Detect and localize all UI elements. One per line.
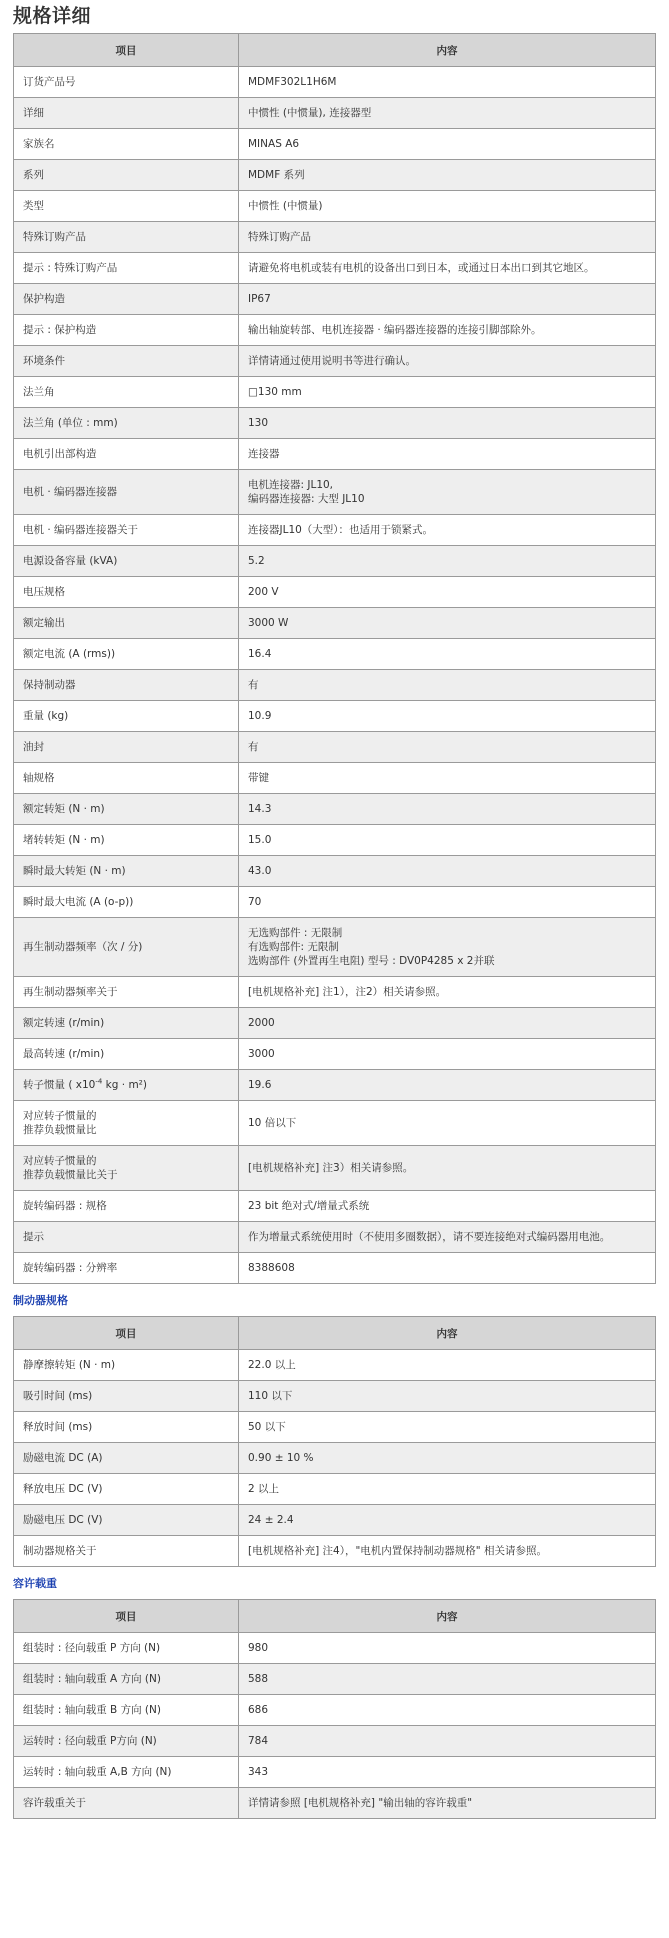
spec-table-body: 订货产品号MDMF302L1H6M详细中惯性 (中惯量), 连接器型家族名MIN… [14, 67, 656, 1284]
row-content-value: 请避免将电机或装有电机的设备出口到日本，或通过日本出口到其它地区。 [239, 253, 656, 284]
table-row: 再生制动器频率关于[电机规格补充] 注1），注2）相关请参照。 [14, 977, 656, 1008]
table-row: 组装时 : 轴向载重 A 方向 (N)588 [14, 1664, 656, 1695]
row-content-value: [电机规格补充] 注1），注2）相关请参照。 [239, 977, 656, 1008]
row-content-value: 200 V [239, 577, 656, 608]
table-row: 静摩擦转矩 (N · m)22.0 以上 [14, 1350, 656, 1381]
row-item-label: 最高转速 (r/min) [14, 1039, 239, 1070]
column-header-item: 项目 [14, 1600, 239, 1633]
table-row: 详细中惯性 (中惯量), 连接器型 [14, 98, 656, 129]
row-item-label: 保护构造 [14, 284, 239, 315]
row-item-label: 释放电压 DC (V) [14, 1474, 239, 1505]
table-row: 重量 (kg)10.9 [14, 701, 656, 732]
table-row: 吸引时间 (ms)110 以下 [14, 1381, 656, 1412]
row-content-value: 带键 [239, 763, 656, 794]
table-row: 组装时 : 轴向载重 B 方向 (N)686 [14, 1695, 656, 1726]
row-item-label-text: kg · m²) [102, 1079, 147, 1091]
row-item-label: 特殊订购产品 [14, 222, 239, 253]
table-row: 励磁电流 DC (A)0.90 ± 10 % [14, 1443, 656, 1474]
table-row: 电机 · 编码器连接器电机连接器: JL10, 编码器连接器: 大型 JL10 [14, 470, 656, 515]
row-content-value: 详情请通过使用说明书等进行确认。 [239, 346, 656, 377]
load-table-header: 项目 内容 [14, 1600, 656, 1633]
table-row: 励磁电压 DC (V)24 ± 2.4 [14, 1505, 656, 1536]
row-content-value: 50 以下 [239, 1412, 656, 1443]
row-content-value: 连接器JL10（大型）：也适用于锁紧式。 [239, 515, 656, 546]
row-content-value: MINAS A6 [239, 129, 656, 160]
row-item-label: 电机 · 编码器连接器关于 [14, 515, 239, 546]
row-content-value: 5.2 [239, 546, 656, 577]
row-item-label: 额定输出 [14, 608, 239, 639]
row-item-label: 瞬时最大电流 (A (o-p)) [14, 887, 239, 918]
table-row: 特殊订购产品特殊订购产品 [14, 222, 656, 253]
row-item-label: 运转时 : 轴向载重 A,B 方向 (N) [14, 1757, 239, 1788]
table-row: 类型中惯性 (中惯量) [14, 191, 656, 222]
load-table: 项目 内容 组装时 : 径向载重 P 方向 (N)980组装时 : 轴向载重 A… [13, 1599, 656, 1819]
row-content-value: □130 mm [239, 377, 656, 408]
row-content-value: 980 [239, 1633, 656, 1664]
table-row: 容许载重关于详情请参照 [电机规格补充] "输出轴的容许载重" [14, 1788, 656, 1819]
row-content-value: IP67 [239, 284, 656, 315]
row-content-value: 588 [239, 1664, 656, 1695]
table-row: 额定转速 (r/min)2000 [14, 1008, 656, 1039]
spec-page: 规格详细 项目 内容 订货产品号MDMF302L1H6M详细中惯性 (中惯量),… [0, 0, 669, 1819]
row-content-value: 343 [239, 1757, 656, 1788]
row-item-label: 组装时 : 径向载重 P 方向 (N) [14, 1633, 239, 1664]
row-content-value: MDMF 系列 [239, 160, 656, 191]
table-row: 最高转速 (r/min)3000 [14, 1039, 656, 1070]
table-row: 系列MDMF 系列 [14, 160, 656, 191]
row-content-value: 无选购部件 : 无限制 有选购部件: 无限制 选购部件 (外置再生电阻) 型号 … [239, 918, 656, 977]
row-item-label: 吸引时间 (ms) [14, 1381, 239, 1412]
table-row: 对应转子惯量的 推荐负载惯量比10 倍以下 [14, 1101, 656, 1146]
table-row: 订货产品号MDMF302L1H6M [14, 67, 656, 98]
page-title: 规格详细 [13, 0, 655, 33]
table-row: 转子惯量 ( x10-4 kg · m²)19.6 [14, 1070, 656, 1101]
row-item-label: 额定电流 (A (rms)) [14, 639, 239, 670]
row-item-label-text: 转子惯量 ( x10 [23, 1079, 95, 1091]
row-content-value: 详情请参照 [电机规格补充] "输出轴的容许载重" [239, 1788, 656, 1819]
table-row: 运转时 : 轴向载重 A,B 方向 (N)343 [14, 1757, 656, 1788]
row-content-value: 0.90 ± 10 % [239, 1443, 656, 1474]
column-header-content: 内容 [239, 34, 656, 67]
table-row: 再生制动器频率（次 / 分)无选购部件 : 无限制 有选购部件: 无限制 选购部… [14, 918, 656, 977]
row-content-value: 特殊订购产品 [239, 222, 656, 253]
table-row: 释放电压 DC (V)2 以上 [14, 1474, 656, 1505]
row-content-value: 3000 W [239, 608, 656, 639]
row-item-label: 电压规格 [14, 577, 239, 608]
row-item-label: 容许载重关于 [14, 1788, 239, 1819]
row-item-label: 法兰角 [14, 377, 239, 408]
table-row: 组装时 : 径向载重 P 方向 (N)980 [14, 1633, 656, 1664]
row-content-value: 23 bit 绝对式/增量式系统 [239, 1191, 656, 1222]
load-table-body: 组装时 : 径向载重 P 方向 (N)980组装时 : 轴向载重 A 方向 (N… [14, 1633, 656, 1819]
row-item-label: 轴规格 [14, 763, 239, 794]
row-content-value: [电机规格补充] 注3）相关请参照。 [239, 1146, 656, 1191]
table-row: 提示作为增量式系统使用时（不使用多圈数据），请不要连接绝对式编码器用电池。 [14, 1222, 656, 1253]
row-item-label: 释放时间 (ms) [14, 1412, 239, 1443]
row-item-label: 详细 [14, 98, 239, 129]
row-item-label: 对应转子惯量的 推荐负载惯量比关于 [14, 1146, 239, 1191]
row-item-label: 励磁电压 DC (V) [14, 1505, 239, 1536]
brake-table-body: 静摩擦转矩 (N · m)22.0 以上吸引时间 (ms)110 以下释放时间 … [14, 1350, 656, 1567]
row-item-label: 电机引出部构造 [14, 439, 239, 470]
table-row: 旋转编码器 : 规格23 bit 绝对式/增量式系统 [14, 1191, 656, 1222]
table-row: 释放时间 (ms)50 以下 [14, 1412, 656, 1443]
row-content-value: 10.9 [239, 701, 656, 732]
row-item-label: 制动器规格关于 [14, 1536, 239, 1567]
row-item-label: 电机 · 编码器连接器 [14, 470, 239, 515]
table-row: 家族名MINAS A6 [14, 129, 656, 160]
row-content-value: 19.6 [239, 1070, 656, 1101]
table-row: 电机 · 编码器连接器关于连接器JL10（大型）：也适用于锁紧式。 [14, 515, 656, 546]
brake-table-header: 项目 内容 [14, 1317, 656, 1350]
row-content-value: 110 以下 [239, 1381, 656, 1412]
row-content-value: 2000 [239, 1008, 656, 1039]
row-content-value: 8388608 [239, 1253, 656, 1284]
row-content-value: 16.4 [239, 639, 656, 670]
table-row: 保护构造IP67 [14, 284, 656, 315]
row-item-label: 组装时 : 轴向载重 A 方向 (N) [14, 1664, 239, 1695]
column-header-item: 项目 [14, 1317, 239, 1350]
row-content-value: 电机连接器: JL10, 编码器连接器: 大型 JL10 [239, 470, 656, 515]
row-content-value: 输出轴旋转部、电机连接器 · 编码器连接器的连接引脚部除外。 [239, 315, 656, 346]
column-header-content: 内容 [239, 1600, 656, 1633]
row-content-value: 15.0 [239, 825, 656, 856]
row-content-value: 3000 [239, 1039, 656, 1070]
row-item-label: 法兰角 (单位 : mm) [14, 408, 239, 439]
table-row: 提示 : 保护构造输出轴旋转部、电机连接器 · 编码器连接器的连接引脚部除外。 [14, 315, 656, 346]
row-item-label: 家族名 [14, 129, 239, 160]
row-item-label: 再生制动器频率（次 / 分) [14, 918, 239, 977]
table-row: 电机引出部构造连接器 [14, 439, 656, 470]
row-item-label: 提示 : 特殊订购产品 [14, 253, 239, 284]
row-item-label: 励磁电流 DC (A) [14, 1443, 239, 1474]
row-content-value: MDMF302L1H6M [239, 67, 656, 98]
table-row: 额定电流 (A (rms))16.4 [14, 639, 656, 670]
table-row: 运转时 : 径向载重 P方向 (N)784 [14, 1726, 656, 1757]
row-content-value: 43.0 [239, 856, 656, 887]
column-header-item: 项目 [14, 34, 239, 67]
row-item-label: 转子惯量 ( x10-4 kg · m²) [14, 1070, 239, 1101]
row-item-label: 提示 [14, 1222, 239, 1253]
table-row: 法兰角 (单位 : mm)130 [14, 408, 656, 439]
row-item-label: 订货产品号 [14, 67, 239, 98]
row-item-label: 额定转速 (r/min) [14, 1008, 239, 1039]
row-content-value: 中惯性 (中惯量) [239, 191, 656, 222]
table-row: 制动器规格关于[电机规格补充] 注4），"电机内置保持制动器规格" 相关请参照。 [14, 1536, 656, 1567]
row-content-value: 24 ± 2.4 [239, 1505, 656, 1536]
row-item-label: 再生制动器频率关于 [14, 977, 239, 1008]
brake-table: 项目 内容 静摩擦转矩 (N · m)22.0 以上吸引时间 (ms)110 以… [13, 1316, 656, 1567]
spec-table: 项目 内容 订货产品号MDMF302L1H6M详细中惯性 (中惯量), 连接器型… [13, 33, 656, 1284]
row-item-label: 对应转子惯量的 推荐负载惯量比 [14, 1101, 239, 1146]
row-item-label: 额定转矩 (N · m) [14, 794, 239, 825]
brake-section-title: 制动器规格 [13, 1284, 655, 1316]
table-row: 油封有 [14, 732, 656, 763]
row-content-value: 130 [239, 408, 656, 439]
row-item-label: 系列 [14, 160, 239, 191]
table-row: 对应转子惯量的 推荐负载惯量比关于[电机规格补充] 注3）相关请参照。 [14, 1146, 656, 1191]
row-item-label: 堵转转矩 (N · m) [14, 825, 239, 856]
row-item-label: 重量 (kg) [14, 701, 239, 732]
row-content-value: 有 [239, 732, 656, 763]
row-item-label: 环境条件 [14, 346, 239, 377]
table-row: 额定输出3000 W [14, 608, 656, 639]
row-item-label: 运转时 : 径向载重 P方向 (N) [14, 1726, 239, 1757]
row-item-label: 油封 [14, 732, 239, 763]
table-row: 堵转转矩 (N · m)15.0 [14, 825, 656, 856]
row-content-value: 784 [239, 1726, 656, 1757]
row-item-label: 电源设备容量 (kVA) [14, 546, 239, 577]
row-content-value: 中惯性 (中惯量), 连接器型 [239, 98, 656, 129]
table-row: 瞬时最大转矩 (N · m)43.0 [14, 856, 656, 887]
row-item-label: 瞬时最大转矩 (N · m) [14, 856, 239, 887]
row-item-label: 类型 [14, 191, 239, 222]
row-content-value: 10 倍以下 [239, 1101, 656, 1146]
table-row: 保持制动器有 [14, 670, 656, 701]
spec-table-header: 项目 内容 [14, 34, 656, 67]
row-content-value: 连接器 [239, 439, 656, 470]
row-item-label: 静摩擦转矩 (N · m) [14, 1350, 239, 1381]
row-content-value: 作为增量式系统使用时（不使用多圈数据），请不要连接绝对式编码器用电池。 [239, 1222, 656, 1253]
row-content-value: 70 [239, 887, 656, 918]
row-content-value: 14.3 [239, 794, 656, 825]
row-item-label: 提示 : 保护构造 [14, 315, 239, 346]
table-row: 环境条件详情请通过使用说明书等进行确认。 [14, 346, 656, 377]
table-row: 电源设备容量 (kVA)5.2 [14, 546, 656, 577]
row-item-label: 保持制动器 [14, 670, 239, 701]
row-item-label: 旋转编码器 : 分辨率 [14, 1253, 239, 1284]
load-section-title: 容许载重 [13, 1567, 655, 1599]
table-row: 旋转编码器 : 分辨率8388608 [14, 1253, 656, 1284]
row-content-value: 有 [239, 670, 656, 701]
row-item-label: 旋转编码器 : 规格 [14, 1191, 239, 1222]
row-content-value: 22.0 以上 [239, 1350, 656, 1381]
table-row: 瞬时最大电流 (A (o-p))70 [14, 887, 656, 918]
table-row: 提示 : 特殊订购产品请避免将电机或装有电机的设备出口到日本，或通过日本出口到其… [14, 253, 656, 284]
table-row: 电压规格200 V [14, 577, 656, 608]
row-content-value: 686 [239, 1695, 656, 1726]
table-row: 额定转矩 (N · m)14.3 [14, 794, 656, 825]
table-row: 轴规格带键 [14, 763, 656, 794]
row-content-value: [电机规格补充] 注4），"电机内置保持制动器规格" 相关请参照。 [239, 1536, 656, 1567]
row-content-value: 2 以上 [239, 1474, 656, 1505]
row-item-label: 组装时 : 轴向载重 B 方向 (N) [14, 1695, 239, 1726]
table-row: 法兰角□130 mm [14, 377, 656, 408]
column-header-content: 内容 [239, 1317, 656, 1350]
